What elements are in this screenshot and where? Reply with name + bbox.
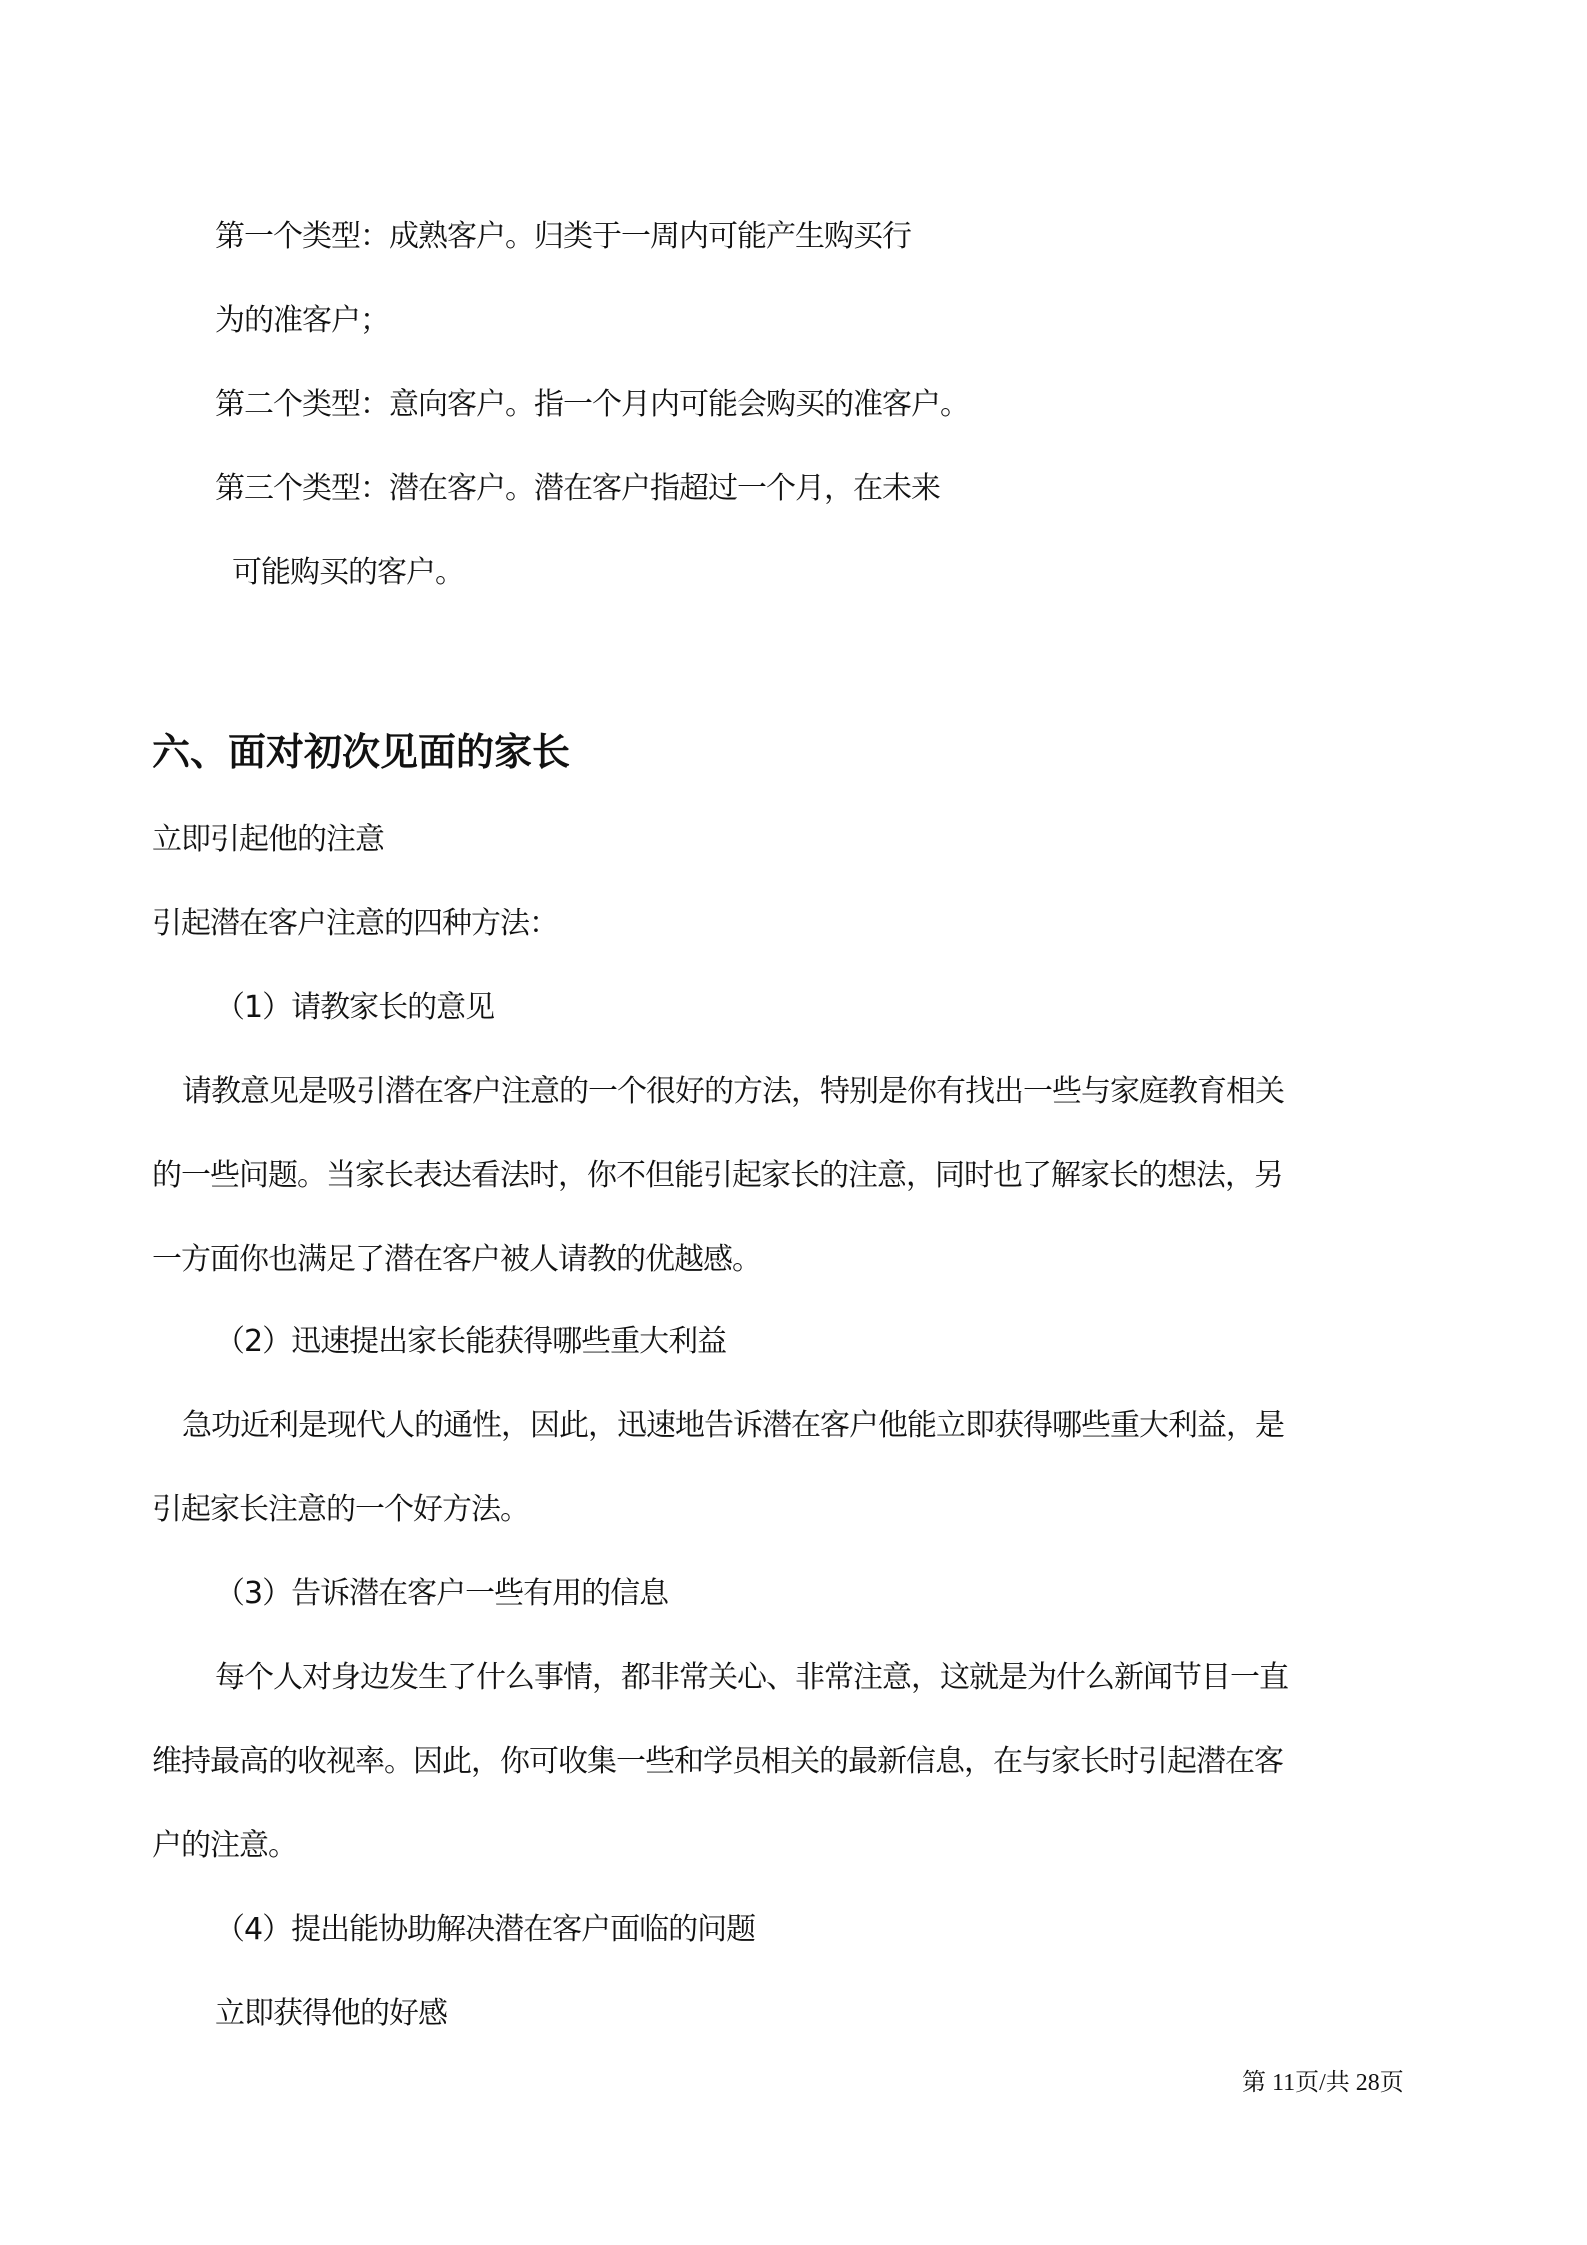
type-line-2: 为的准客户； [215,301,389,341]
method-1-line-3: 一方面你也满足了潜在客户被人请教的优越感。 [152,1240,761,1280]
sub-heading-goodwill: 立即获得他的好感 [215,1994,447,2034]
method-2-title: （2）迅速提出家长能获得哪些重大利益 [215,1322,726,1362]
method-1-line-1: 请教意见是吸引潜在客户注意的一个很好的方法，特别是你有找出一些与家庭教育相关 [182,1072,1284,1112]
method-3-line-1: 每个人对身边发生了什么事情，都非常关心、非常注意，这就是为什么新闻节目一直 [215,1658,1288,1698]
method-2-line-2: 引起家长注意的一个好方法。 [152,1490,529,1530]
method-3-title: （3）告诉潜在客户一些有用的信息 [215,1574,668,1614]
type-line-4: 第三个类型：潜在客户。潜在客户指超过一个月，在未来 [215,469,940,509]
method-3-line-3: 户的注意。 [152,1826,297,1866]
type-line-1: 第一个类型：成熟客户。归类于一周内可能产生购买行 [215,217,911,257]
method-4-title: （4）提出能协助解决潜在客户面临的问题 [215,1910,755,1950]
type-line-3: 第二个类型：意向客户。指一个月内可能会购买的准客户。 [215,385,969,425]
method-2-line-1: 急功近利是现代人的通性，因此，迅速地告诉潜在客户他能立即获得哪些重大利益，是 [182,1406,1284,1446]
type-line-5: 可能购买的客户。 [232,553,464,593]
section-heading: 六、面对初次见面的家长 [152,728,570,776]
page-number: 第 11页/共 28页 [1242,2068,1404,2098]
method-1-title: （1）请教家长的意见 [215,988,494,1028]
method-3-line-2: 维持最高的收视率。因此，你可收集一些和学员相关的最新信息，在与家长时引起潜在客 [152,1742,1283,1782]
method-1-line-2: 的一些问题。当家长表达看法时，你不但能引起家长的注意，同时也了解家长的想法，另 [152,1156,1283,1196]
methods-intro: 引起潜在客户注意的四种方法： [152,904,558,944]
sub-heading-attention: 立即引起他的注意 [152,820,384,860]
